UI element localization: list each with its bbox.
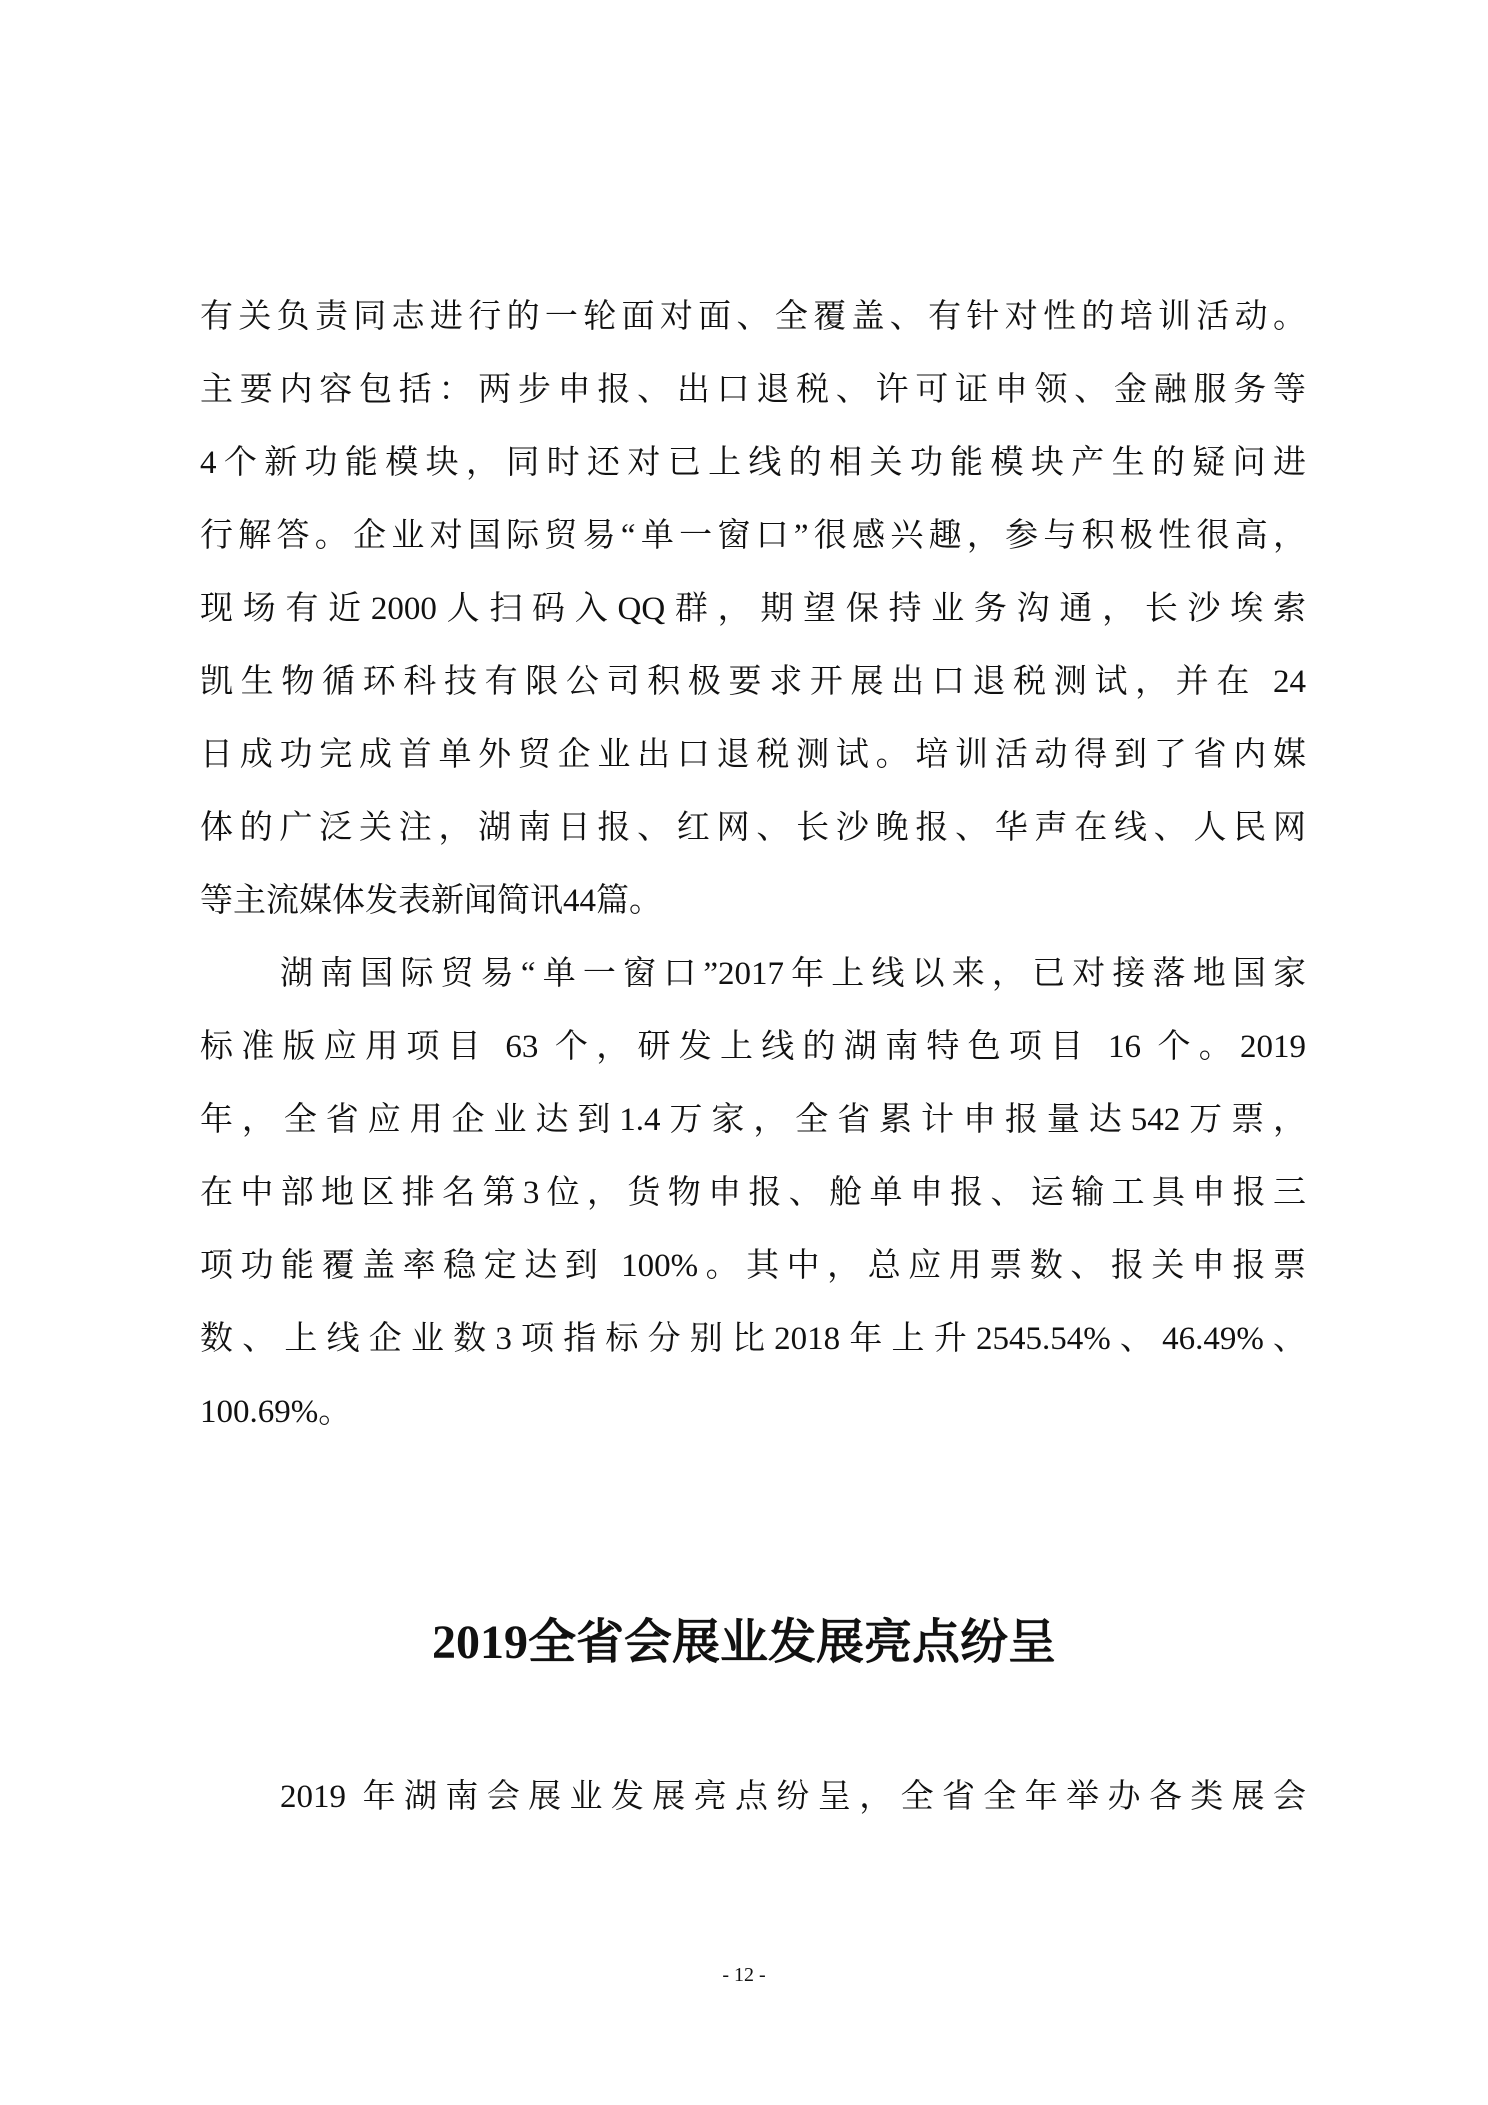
page-number: - 12 - xyxy=(0,1960,1488,1990)
text-line: 4个新功能模块，同时还对已上线的相关功能模块产生的疑问进 xyxy=(200,438,1306,488)
text-line: 日成功完成首单外贸企业出口退税测试。培训活动得到了省内媒 xyxy=(200,730,1306,780)
text-line: 在中部地区排名第3位，货物申报、舱单申报、运输工具申报三 xyxy=(200,1168,1306,1218)
text-line: 年，全省应用企业达到1.4万家，全省累计申报量达542万票， xyxy=(200,1095,1306,1145)
text-line: 有关负责同志进行的一轮面对面、全覆盖、有针对性的培训活动。 xyxy=(200,292,1306,342)
text-line: 等主流媒体发表新闻简讯44篇。 xyxy=(200,876,1306,926)
text-line: 体的广泛关注，湖南日报、红网、长沙晚报、华声在线、人民网 xyxy=(200,803,1306,853)
text-line: 主要内容包括：两步申报、出口退税、许可证申领、金融服务等 xyxy=(200,365,1306,415)
text-line: 数、上线企业数3项指标分别比2018年上升2545.54%、46.49%、 xyxy=(200,1314,1306,1364)
text-line: 标准版应用项目 63 个，研发上线的湖南特色项目 16 个。2019 xyxy=(200,1022,1306,1072)
text-line: 项功能覆盖率稳定达到 100%。其中，总应用票数、报关申报票 xyxy=(200,1241,1306,1291)
text-line: 行解答。企业对国际贸易“单一窗口”很感兴趣，参与积极性很高， xyxy=(200,511,1306,561)
text-line: 凯生物循环科技有限公司积极要求开展出口退税测试，并在 24 xyxy=(200,657,1306,707)
text-line: 100.69%。 xyxy=(200,1387,1306,1437)
document-page: 有关负责同志进行的一轮面对面、全覆盖、有针对性的培训活动。 主要内容包括：两步申… xyxy=(0,0,1488,2105)
text-line: 现场有近2000人扫码入QQ群，期望保持业务沟通，长沙埃索 xyxy=(200,584,1306,634)
section-heading: 2019全省会展业发展亮点纷呈 xyxy=(0,1608,1488,1678)
text-line: 湖南国际贸易“单一窗口”2017年上线以来，已对接落地国家 xyxy=(280,949,1306,999)
text-line: 2019 年湖南会展业发展亮点纷呈，全省全年举办各类展会 xyxy=(280,1772,1306,1822)
